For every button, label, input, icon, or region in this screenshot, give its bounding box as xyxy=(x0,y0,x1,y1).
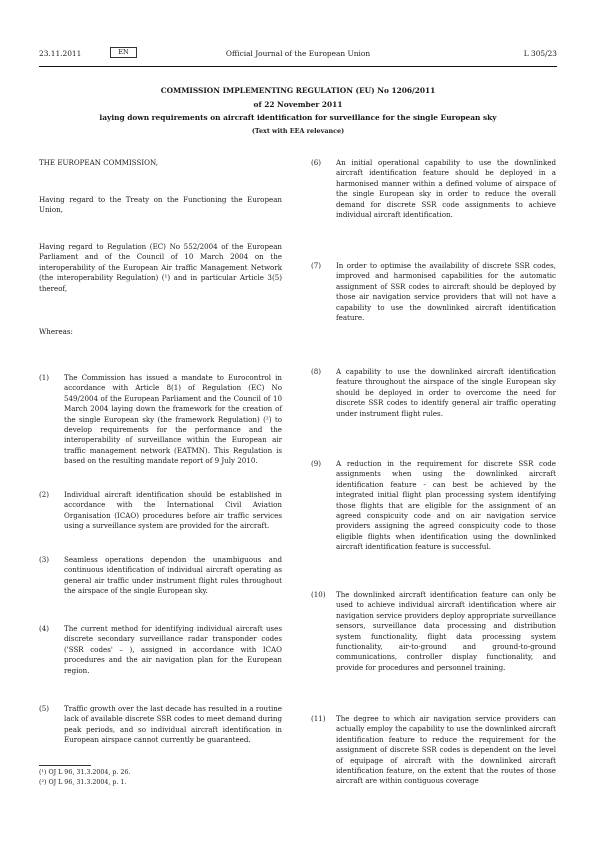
page-header: 23.11.2011 EN Official Journal of the Eu… xyxy=(39,47,557,61)
title-line-1: COMMISSION IMPLEMENTING REGULATION (EU) … xyxy=(39,84,557,98)
title-line-3: laying down requirements on aircraft ide… xyxy=(39,111,557,125)
left-column: THE EUROPEAN COMMISSION, Having regard t… xyxy=(39,158,282,758)
footnotes: (¹) OJ L 96, 31.3.2004, p. 26. (²) OJ L … xyxy=(39,768,130,787)
authority: THE EUROPEAN COMMISSION, xyxy=(39,158,282,168)
journal-title: Official Journal of the European Union xyxy=(39,49,557,58)
recital-number: (11) xyxy=(311,714,326,724)
recital-text: In order to optimise the availability of… xyxy=(336,261,556,323)
recital-9: (9) A reduction in the requirement for d… xyxy=(311,459,556,553)
footnote-2: (²) OJ L 96, 31.3.2004, p. 1. xyxy=(39,778,130,788)
recital-text: A reduction in the requirement for discr… xyxy=(336,459,556,553)
recital-11: (11) The degree to which air navigation … xyxy=(311,714,556,787)
recital-number: (6) xyxy=(311,158,321,168)
recital-number: (1) xyxy=(39,373,49,383)
footnote-rule xyxy=(39,765,91,766)
right-column: (6) An initial operational capability to… xyxy=(311,158,556,838)
recital-text: An initial operational capability to use… xyxy=(336,158,556,220)
recital-number: (8) xyxy=(311,367,321,377)
whereas-label: Whereas: xyxy=(39,327,282,337)
recital-7: (7) In order to optimise the availabilit… xyxy=(311,261,556,323)
recital-4: (4) The current method for identifying i… xyxy=(39,624,282,676)
recital-number: (7) xyxy=(311,261,321,271)
recital-text: Traffic growth over the last decade has … xyxy=(64,704,282,746)
recital-text: The degree to which air navigation servi… xyxy=(336,714,556,787)
regulation-title: COMMISSION IMPLEMENTING REGULATION (EU) … xyxy=(39,84,557,138)
recital-text: The Commission has issued a mandate to E… xyxy=(64,373,282,467)
recital-number: (9) xyxy=(311,459,321,469)
recital-8: (8) A capability to use the downlinked a… xyxy=(311,367,556,419)
footnote-1: (¹) OJ L 96, 31.3.2004, p. 26. xyxy=(39,768,130,778)
recital-text: A capability to use the downlinked aircr… xyxy=(336,367,556,419)
recital-6: (6) An initial operational capability to… xyxy=(311,158,556,220)
citation-treaty: Having regard to the Treaty on the Funct… xyxy=(39,195,282,216)
recital-2: (2) Individual aircraft identification s… xyxy=(39,490,282,532)
recital-10: (10) The downlinked aircraft identificat… xyxy=(311,590,556,673)
recital-text: Seamless operations dependon the unambig… xyxy=(64,555,282,597)
header-rule xyxy=(39,66,557,67)
recital-number: (3) xyxy=(39,555,49,565)
recital-text: The current method for identifying indiv… xyxy=(64,624,282,676)
page-reference: L 305/23 xyxy=(524,49,557,58)
recital-3: (3) Seamless operations dependon the una… xyxy=(39,555,282,597)
recital-5: (5) Traffic growth over the last decade … xyxy=(39,704,282,746)
recital-1: (1) The Commission has issued a mandate … xyxy=(39,373,282,467)
recital-number: (4) xyxy=(39,624,49,634)
recital-number: (5) xyxy=(39,704,49,714)
recital-text: Individual aircraft identification shoul… xyxy=(64,490,282,532)
recital-number: (2) xyxy=(39,490,49,500)
eea-relevance: (Text with EEA relevance) xyxy=(39,125,557,139)
title-line-2: of 22 November 2011 xyxy=(39,98,557,112)
recital-number: (10) xyxy=(311,590,326,600)
recital-text: The downlinked aircraft identification f… xyxy=(336,590,556,673)
citation-regulation: Having regard to Regulation (EC) No 552/… xyxy=(39,242,282,294)
